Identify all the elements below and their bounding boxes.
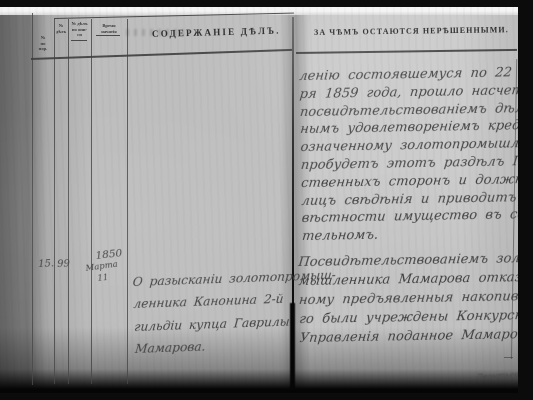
entry-order-number: 15.: [38, 258, 54, 270]
small-col-header-2: № дѣлъ: [55, 23, 67, 34]
small-col-header-4: Время начатія: [93, 23, 125, 34]
small-col-header-1-line: пор.: [34, 46, 52, 52]
header-rule-left-page: [31, 49, 294, 60]
entry-day: 11: [97, 273, 109, 284]
small-col-header-4-line: начатія: [93, 29, 125, 35]
document-paper: № по пор. № дѣлъ № дѣлъ по опи- си Время…: [0, 7, 518, 393]
small-col-header-3-line: № дѣлъ: [69, 21, 90, 27]
column-line-3: [68, 19, 69, 384]
small-col-header-2-line: дѣлъ: [55, 29, 67, 35]
status-paragraph-1: ленію состоявшемуся по 22 Сентяб- ря 185…: [298, 63, 518, 246]
column-line-2: [54, 19, 55, 384]
content-column-header: СОДЕРЖАНІЕ ДѢЛЪ.: [152, 26, 281, 39]
signature-flourish: Леонтьевъ: [476, 370, 518, 382]
header-rule-right-page: [296, 49, 517, 54]
column-line-4: [91, 19, 92, 384]
status-paragraph-2: Посвидѣтельствованіемъ золотопро- мышлен…: [297, 248, 518, 348]
small-col-header-1: № по пор.: [34, 35, 52, 52]
status-column-header: ЗА ЧѢМЪ ОСТАЮТСЯ НЕРѢШЕННЫМИ.: [314, 25, 509, 37]
column-line-outer: [32, 13, 33, 385]
status-line: тельномъ.: [301, 223, 518, 246]
entry-month: Марта: [85, 259, 118, 273]
column-line-content: [127, 19, 128, 384]
small-header-underline: [71, 40, 87, 41]
small-col-header-3: № дѣлъ по опи- си: [69, 21, 90, 38]
status-line: Управленія поданное Мамарова: [299, 324, 518, 348]
entry-case-number: 99: [57, 259, 70, 270]
small-header-underline: [96, 35, 120, 36]
small-col-header-3-line: си: [69, 32, 90, 38]
photo-frame: № по пор. № дѣлъ № дѣлъ по опи- си Время…: [0, 0, 533, 400]
right-margin-tick: [504, 357, 513, 358]
